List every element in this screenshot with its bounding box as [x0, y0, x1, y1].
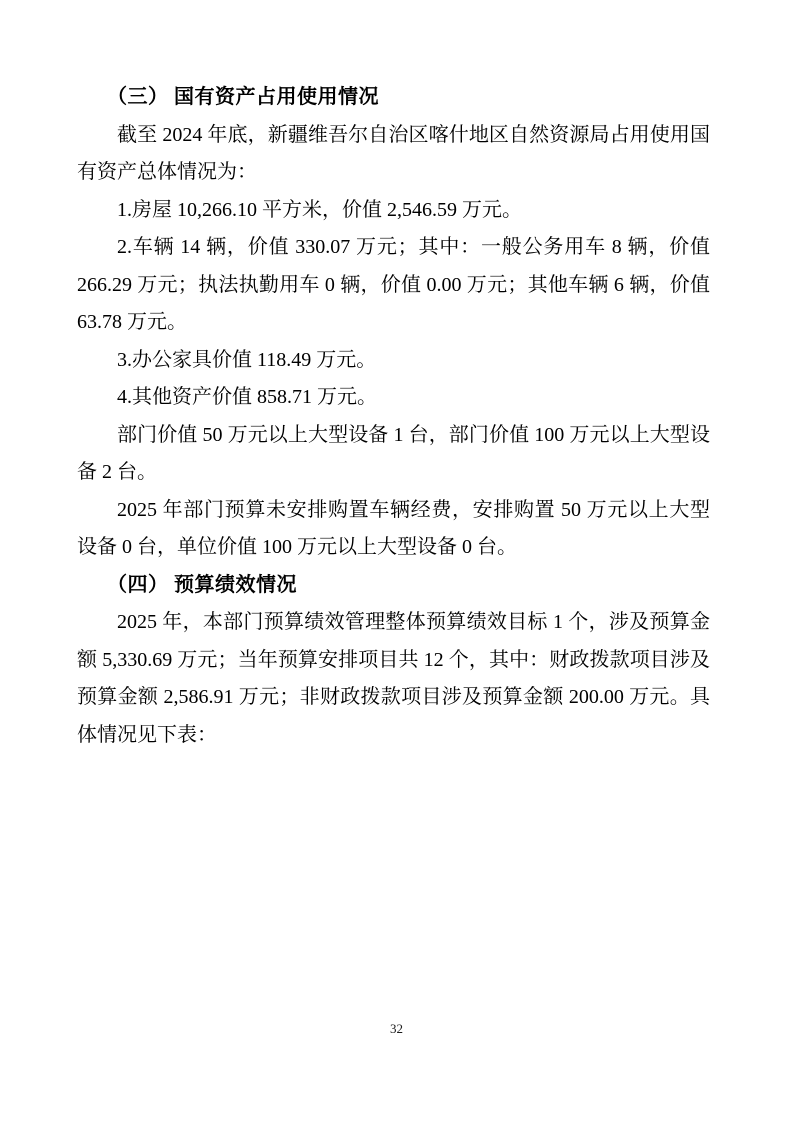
- paragraph-office-furniture: 3.办公家具价值 118.49 万元。: [77, 342, 710, 380]
- paragraph-2025-procurement: 2025 年部门预算未安排购置车辆经费，安排购置 50 万元以上大型设备 0 台…: [77, 492, 710, 567]
- section-heading-budget-performance: （四） 预算绩效情况: [77, 567, 710, 605]
- section-heading-state-assets: （三） 国有资产占用使用情况: [77, 79, 710, 117]
- page-number: 32: [0, 1020, 793, 1038]
- paragraph-large-equipment: 部门价值 50 万元以上大型设备 1 台，部门价值 100 万元以上大型设备 2…: [77, 417, 710, 492]
- paragraph-housing: 1.房屋 10,266.10 平方米，价值 2,546.59 万元。: [77, 192, 710, 230]
- paragraph-vehicles: 2.车辆 14 辆，价值 330.07 万元；其中：一般公务用车 8 辆，价值 …: [77, 229, 710, 342]
- document-page: （三） 国有资产占用使用情况 截至 2024 年底，新疆维吾尔自治区喀什地区自然…: [0, 0, 793, 1122]
- paragraph-budget-performance: 2025 年，本部门预算绩效管理整体预算绩效目标 1 个，涉及预算金额 5,33…: [77, 604, 710, 754]
- paragraph-other-assets: 4.其他资产价值 858.71 万元。: [77, 379, 710, 417]
- document-body: （三） 国有资产占用使用情况 截至 2024 年底，新疆维吾尔自治区喀什地区自然…: [77, 79, 710, 754]
- paragraph-assets-overview: 截至 2024 年底，新疆维吾尔自治区喀什地区自然资源局占用使用国有资产总体情况…: [77, 117, 710, 192]
